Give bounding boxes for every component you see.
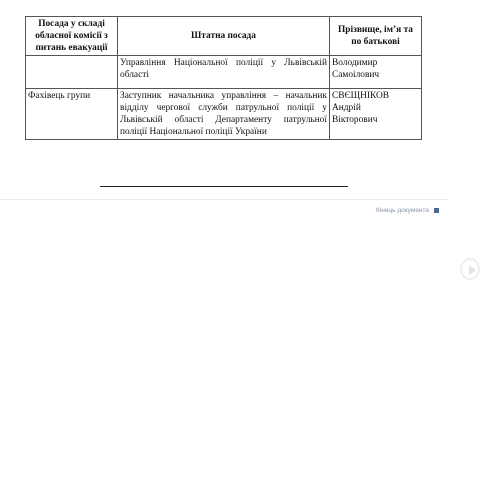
name-line: Вікторович (332, 114, 419, 126)
header-commission-role: Посада у складі обласної комісії з питан… (26, 17, 118, 56)
cell-position: Управління Національної поліції у Львівс… (118, 56, 330, 89)
name-line: Самоілович (332, 69, 419, 81)
document-end-label: Кінець документа (376, 207, 429, 214)
cell-name: Володимир Самоілович (329, 56, 421, 89)
evacuation-commission-table: Посада у складі обласної комісії з питан… (25, 16, 422, 140)
signature-line (100, 186, 348, 187)
header-full-name: Прізвище, ім’я та по батькові (329, 17, 421, 56)
name-line: СВЄЩНІКОВ (332, 90, 419, 102)
header-staff-position: Штатна посада (118, 17, 330, 56)
cell-name: СВЄЩНІКОВ Андрій Вікторович (329, 89, 421, 140)
end-square-icon (434, 208, 439, 213)
table-row: Управління Національної поліції у Львівс… (26, 56, 422, 89)
table-row: Фахівець групи Заступник начальника упра… (26, 89, 422, 140)
cell-role (26, 56, 118, 89)
play-icon[interactable] (460, 258, 480, 280)
document-end-marker: Кінець документа (376, 207, 439, 214)
page-divider (0, 199, 448, 200)
cell-position: Заступник начальника управління – началь… (118, 89, 330, 140)
name-line: Володимир (332, 57, 419, 69)
cell-role: Фахівець групи (26, 89, 118, 140)
table-header-row: Посада у складі обласної комісії з питан… (26, 17, 422, 56)
name-line: Андрій (332, 102, 419, 114)
